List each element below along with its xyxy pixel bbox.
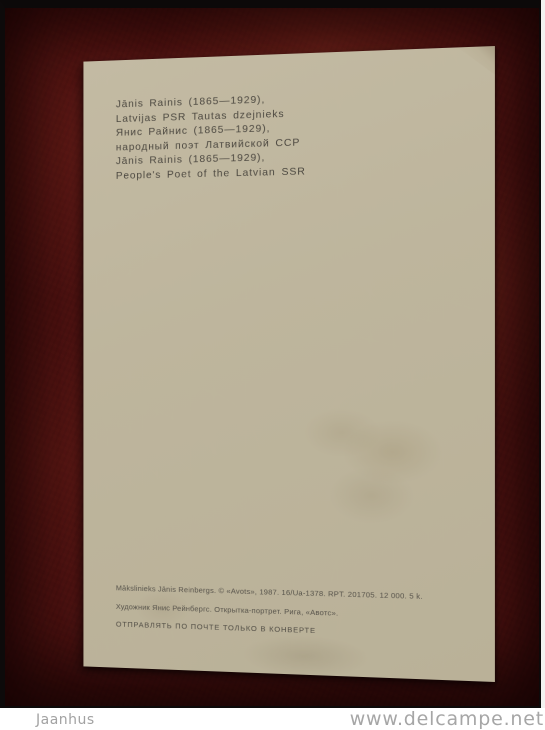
caption-block: Jānis Rainis (1865—1929), Latvijas PSR T… <box>116 91 306 183</box>
watermark-bar: Jaanhus www.delcampe.net <box>0 708 545 730</box>
watermark-seller: Jaanhus <box>36 712 95 728</box>
screenshot-root: Jānis Rainis (1865—1929), Latvijas PSR T… <box>0 0 545 730</box>
watermark-site: www.delcampe.net <box>350 708 544 730</box>
postcard-back: Jānis Rainis (1865—1929), Latvijas PSR T… <box>83 46 494 682</box>
postcard-photo: Jānis Rainis (1865—1929), Latvijas PSR T… <box>0 0 541 708</box>
imprint-block: Mākslinieks Jānis Reinbergs. © «Avots», … <box>116 583 423 648</box>
corner-fold <box>451 46 495 76</box>
